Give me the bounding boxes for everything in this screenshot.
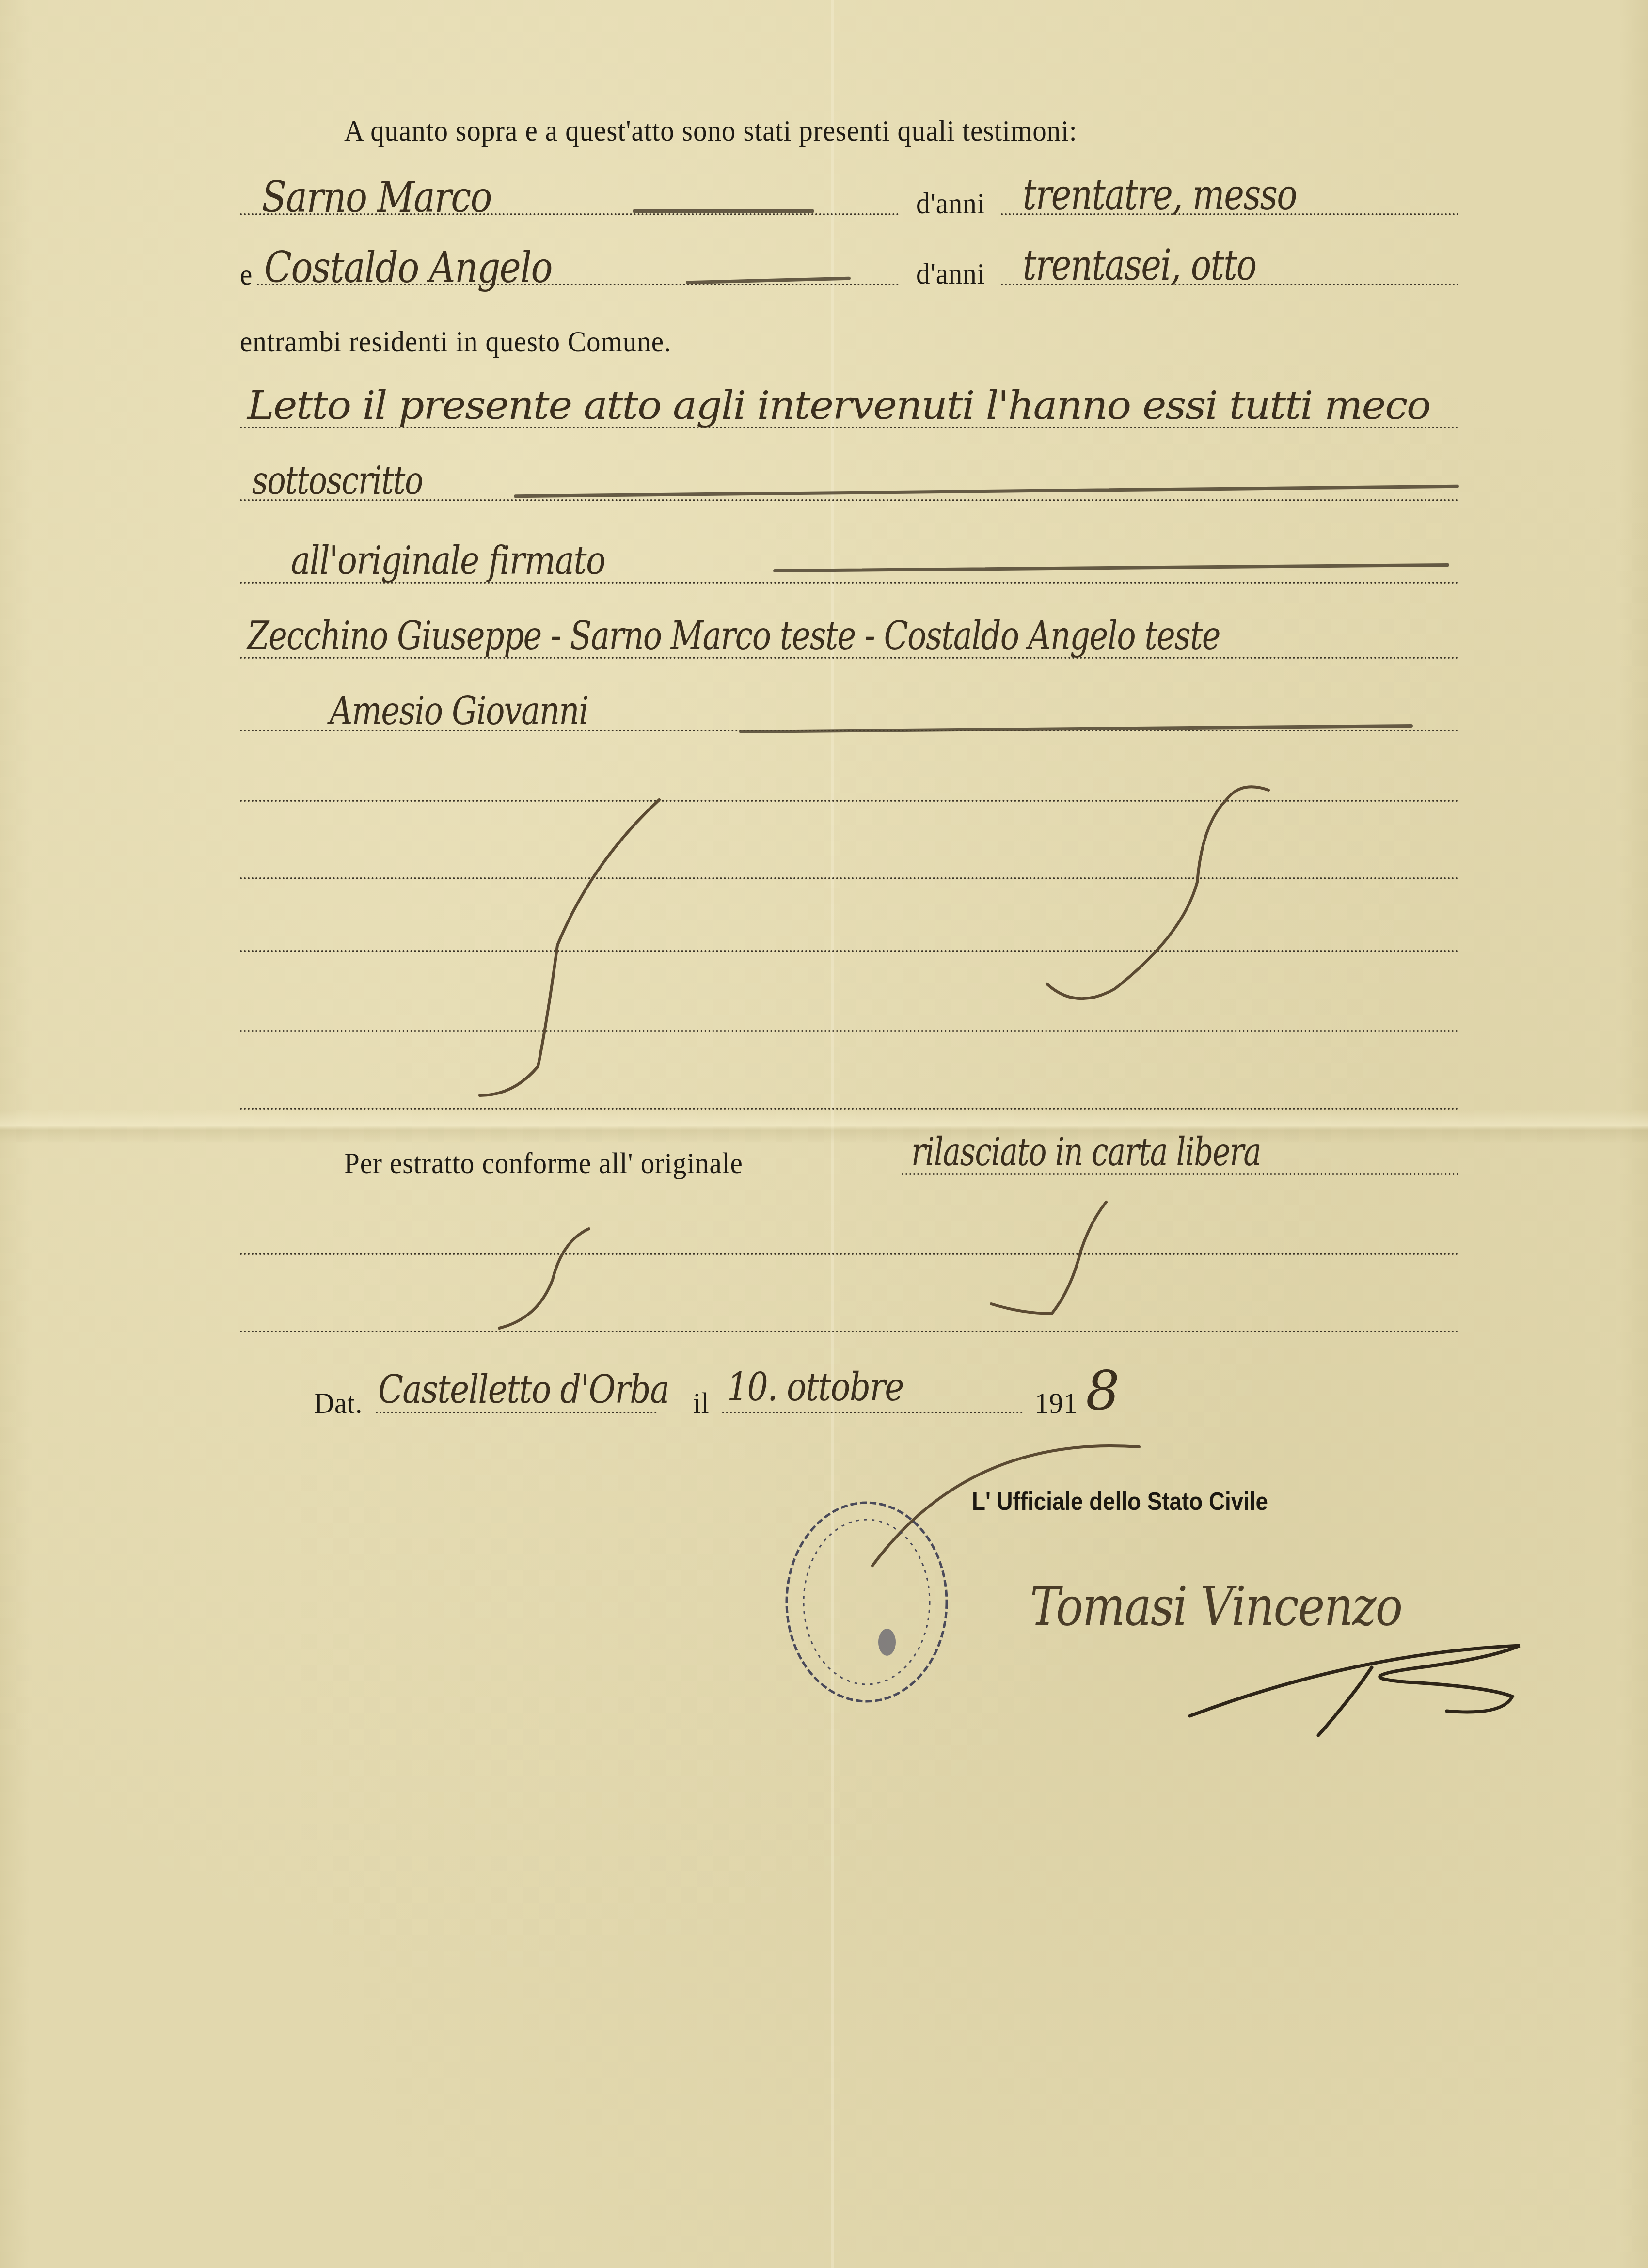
empty-dotted-line <box>240 877 1459 879</box>
handwritten-line-3: all'originale firmato <box>291 538 605 583</box>
conjunction-e: e <box>240 258 253 292</box>
day-dotted-line <box>722 1412 1023 1413</box>
witness-1-name: Sarno Marco <box>262 172 491 222</box>
official-seal <box>787 1503 947 1701</box>
witness-1-age-label: d'anni <box>916 187 985 221</box>
seal-center-mark <box>878 1629 896 1656</box>
filler-line <box>514 485 1459 498</box>
extract-value: rilasciato in carta libera <box>911 1129 1261 1174</box>
empty-dotted-line <box>240 1030 1459 1032</box>
witnesses-heading: A quanto sopra e a quest'atto sono stati… <box>344 114 1078 148</box>
empty-dotted-line <box>240 950 1459 952</box>
filler-stroke-extract-left <box>499 1229 589 1328</box>
residence-text: entrambi residenti in questo Comune. <box>240 325 671 359</box>
body-dotted-line-2 <box>240 499 1459 501</box>
empty-dotted-line <box>240 1253 1459 1255</box>
officer-signature: Tomasi Vincenzo <box>1030 1575 1402 1637</box>
place-value: Castelletto d'Orba <box>378 1367 669 1412</box>
signature-cross-stroke <box>1318 1667 1372 1735</box>
filler-line <box>739 724 1413 733</box>
filler-stroke-extract-right <box>991 1202 1106 1314</box>
witness-1-age: trentatre, messo <box>1023 170 1297 220</box>
filler-line <box>773 563 1449 572</box>
handwritten-line-4: Zecchino Giuseppe - Sarno Marco teste - … <box>247 613 1220 658</box>
year-handwritten-digit: 8 <box>1086 1360 1119 1422</box>
year-printed: 191 <box>1035 1386 1078 1421</box>
place-label: Dat. <box>314 1386 363 1421</box>
empty-dotted-line <box>240 1108 1459 1110</box>
filler-stroke-right <box>1047 787 1268 999</box>
empty-dotted-line <box>240 1331 1459 1332</box>
day-month-value: 10. ottobre <box>727 1364 903 1410</box>
handwritten-line-5: Amesio Giovanni <box>330 688 588 733</box>
handwritten-line-1: Letto il presente atto agli intervenuti … <box>247 383 1430 428</box>
witness-2-age: trentasei, otto <box>1023 240 1256 290</box>
extract-label: Per estratto conforme all' originale <box>344 1146 743 1181</box>
empty-dotted-line <box>240 800 1459 802</box>
paper-fold-horizontal <box>0 1110 1648 1144</box>
filler-line <box>633 209 814 213</box>
witness-2-name: Costaldo Angelo <box>264 242 552 292</box>
handwritten-line-2: sottoscritto <box>252 458 423 503</box>
day-label: il <box>693 1386 710 1421</box>
filler-stroke-left <box>480 800 659 1095</box>
officer-title: L' Ufficiale dello Stato Civile <box>972 1487 1268 1516</box>
signature-underline-flourish <box>1190 1646 1520 1716</box>
witness-2-age-label: d'anni <box>916 257 985 291</box>
